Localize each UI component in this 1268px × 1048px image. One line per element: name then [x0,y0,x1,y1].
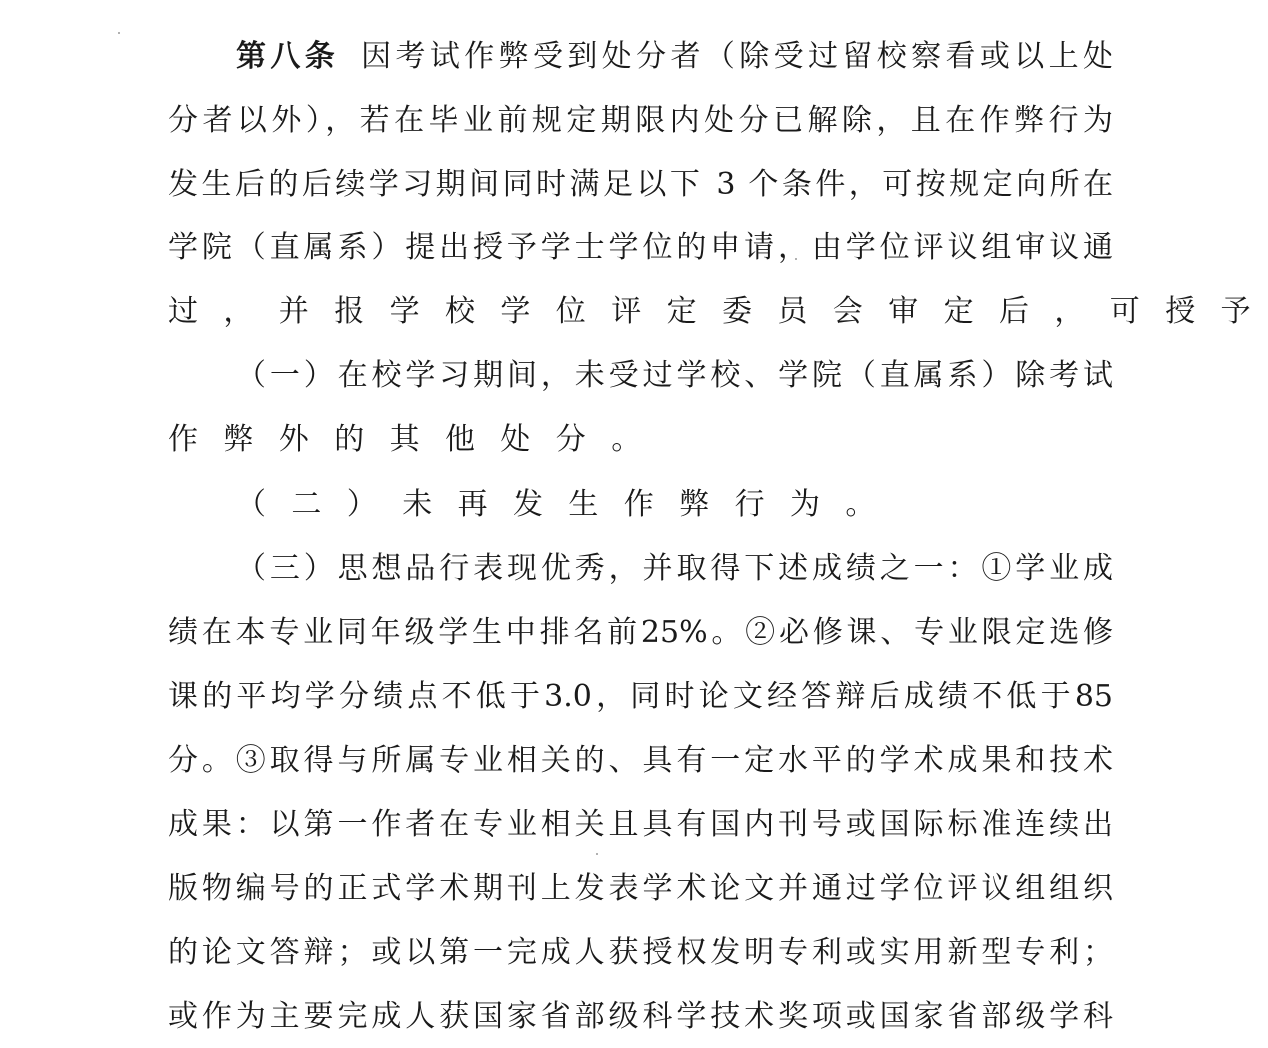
article-line: 学院（直属系）提出授予学士学位的申请，由学位评议组审议通 [168,216,1113,280]
article-line: 分者以外），若在毕业前规定期限内处分已解除，且在作弊行为 [168,89,1113,153]
article-number: 第八条 [236,39,339,74]
scan-speck [118,32,120,34]
condition-3-line: （三）思想品行表现优秀，并取得下述成绩之一：①学业成 [236,537,1113,601]
condition-3-line: 版物编号的正式学术期刊上发表学术论文并通过学位评议组组织 [168,857,1113,921]
condition-3-line: 或作为主要完成人获国家省部级科学技术奖项或国家省部级学科 [168,985,1113,1048]
condition-1-line: 作弊外的其他处分。 [168,408,1113,472]
condition-1-line: （一）在校学习期间，未受过学校、学院（直属系）除考试 [236,344,1113,408]
condition-3-line: 课的平均学分绩点不低于3.0，同时论文经答辩后成绩不低于85 [168,665,1113,729]
article-text: 因考试作弊受到处分者（除受过留校察看或以上处 [361,39,1113,74]
document-page: 第八条因考试作弊受到处分者（除受过留校察看或以上处 分者以外），若在毕业前规定期… [0,0,1268,1048]
article-first-line: 第八条因考试作弊受到处分者（除受过留校察看或以上处 [236,25,1113,89]
article-line: 发生后的后续学习期间同时满足以下 3 个条件，可按规定向所在 [168,153,1113,217]
scan-speck [795,258,797,260]
scan-speck [596,853,598,855]
condition-3-line: 绩在本专业同年级学生中排名前25%。②必修课、专业限定选修 [168,601,1113,665]
article-line: 过，并报学校学位评定委员会审定后，可授予学士学位。 [168,280,1113,344]
condition-3-line: 的论文答辩；或以第一完成人获授权发明专利或实用新型专利； [168,921,1113,985]
condition-2-line: （二）未再发生作弊行为。 [236,473,1113,537]
condition-3-line: 分。③取得与所属专业相关的、具有一定水平的学术成果和技术 [168,729,1113,793]
condition-3-line: 成果：以第一作者在专业相关且具有国内刊号或国际标准连续出 [168,793,1113,857]
